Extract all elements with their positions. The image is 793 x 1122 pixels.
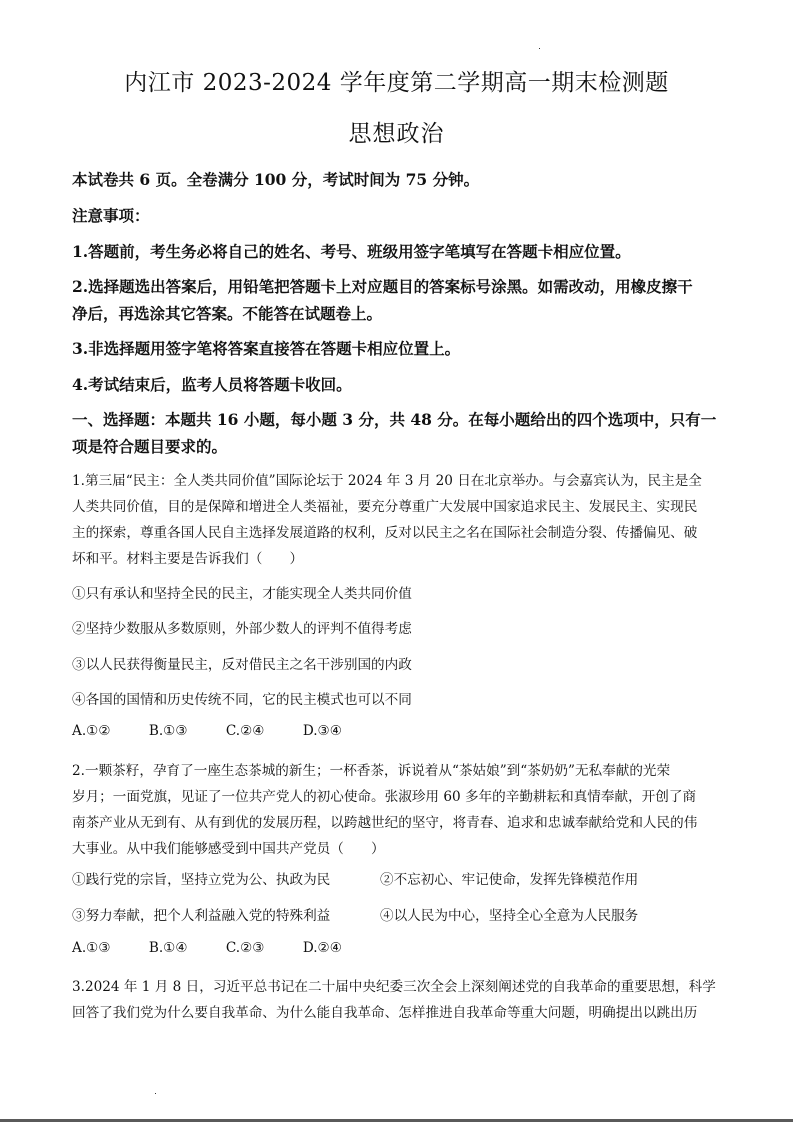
question-stem-line: 人类共同价值，目的是保障和增进全人类福祉，要充分尊重广大发展中国家追求民主、发展… bbox=[72, 495, 722, 515]
statement: ③努力奉献，把个人利益融入党的特殊利益 bbox=[72, 904, 380, 924]
scan-speck bbox=[155, 1093, 156, 1094]
question-stem-line: 南茶产业从无到有、从有到优的发展历程，以跨越世纪的坚守，将青春、追求和忠诚奉献给… bbox=[72, 811, 722, 831]
exam-title: 内江市 2023-2024 学年度第二学期高一期末检测题 bbox=[0, 64, 793, 97]
note-item: 2.选择题选出答案后，用铅笔把答题卡上对应题目的答案标号涂黑。如需改动，用橡皮擦… bbox=[72, 275, 722, 297]
choice-b[interactable]: B.①③ bbox=[149, 723, 188, 739]
choice-b[interactable]: B.①④ bbox=[149, 940, 188, 956]
choice-c[interactable]: C.②③ bbox=[226, 940, 265, 956]
note-item: 1.答题前，考生务必将自己的姓名、考号、班级用签字笔填写在答题卡相应位置。 bbox=[72, 240, 722, 262]
question-stem-line: 3.2024 年 1 月 8 日，习近平总书记在二十届中央纪委三次全会上深刻阐述… bbox=[72, 975, 722, 995]
note-item: 3.非选择题用签字笔将答案直接答在答题卡相应位置上。 bbox=[72, 337, 722, 359]
exam-subject: 思想政治 bbox=[0, 115, 793, 148]
question-stem-line: 岁月；一面党旗，见证了一位共产党人的初心使命。张淑珍用 60 多年的辛勤耕耘和真… bbox=[72, 785, 722, 805]
statement-row: ①践行党的宗旨，坚持立党为公、执政为民②不忘初心、牢记使命，发挥先锋模范作用 bbox=[72, 868, 638, 888]
statement-row: ③努力奉献，把个人利益融入党的特殊利益④以人民为中心，坚持全心全意为人民服务 bbox=[72, 904, 638, 924]
statement: ①只有承认和坚持全民的民主，才能实现全人类共同价值 bbox=[72, 582, 722, 602]
statement: ②坚持少数服从多数原则，外部少数人的评判不值得考虑 bbox=[72, 617, 722, 637]
note-item: 4.考试结束后，监考人员将答题卡收回。 bbox=[72, 373, 722, 395]
choice-a[interactable]: A.①② bbox=[72, 723, 111, 739]
statement: ②不忘初心、牢记使命，发挥先锋模范作用 bbox=[380, 868, 638, 888]
scan-speck bbox=[539, 48, 540, 49]
statement: ④各国的国情和历史传统不同，它的民主模式也可以不同 bbox=[72, 688, 722, 708]
question-stem-line: 坏和平。材料主要是告诉我们（ ） bbox=[72, 547, 722, 567]
exam-page: 内江市 2023-2024 学年度第二学期高一期末检测题 思想政治 本试卷共 6… bbox=[0, 0, 793, 1122]
question-stem-line: 主的探索，尊重各国人民自主选择发展道路的权利，反对以民主之名在国际社会制造分裂、… bbox=[72, 521, 722, 541]
note-item: 净后，再选涂其它答案。不能答在试题卷上。 bbox=[72, 302, 722, 324]
question-stem-line: 1.第三届“民主：全人类共同价值”国际论坛于 2024 年 3 月 20 日在北… bbox=[72, 469, 722, 489]
question-stem-line: 回答了我们党为什么要自我革命、为什么能自我革命、怎样推进自我革命等重大问题，明确… bbox=[72, 1001, 722, 1021]
answer-choices: A.①③ B.①④ C.②③ D.②④ bbox=[72, 940, 376, 956]
question-stem-line: 大事业。从中我们能够感受到中国共产党员（ ） bbox=[72, 837, 722, 857]
answer-choices: A.①② B.①③ C.②④ D.③④ bbox=[72, 723, 376, 739]
notes-heading: 注意事项： bbox=[72, 204, 722, 226]
choice-d[interactable]: D.③④ bbox=[303, 723, 342, 739]
choice-a[interactable]: A.①③ bbox=[72, 940, 111, 956]
section-heading: 项是符合题目要求的。 bbox=[72, 435, 722, 457]
statement: ④以人民为中心，坚持全心全意为人民服务 bbox=[380, 904, 638, 924]
question-stem-line: 2.一颗茶籽，孕育了一座生态茶城的新生；一杯香茶，诉说着从“茶姑娘”到“茶奶奶”… bbox=[72, 759, 722, 779]
statement: ①践行党的宗旨，坚持立党为公、执政为民 bbox=[72, 868, 380, 888]
section-heading: 一、选择题：本题共 16 小题，每小题 3 分，共 48 分。在每小题给出的四个… bbox=[72, 408, 722, 430]
choice-c[interactable]: C.②④ bbox=[226, 723, 265, 739]
exam-intro: 本试卷共 6 页。全卷满分 100 分，考试时间为 75 分钟。 bbox=[72, 168, 722, 190]
choice-d[interactable]: D.②④ bbox=[303, 940, 342, 956]
statement: ③以人民获得衡量民主，反对借民主之名干涉别国的内政 bbox=[72, 653, 722, 673]
